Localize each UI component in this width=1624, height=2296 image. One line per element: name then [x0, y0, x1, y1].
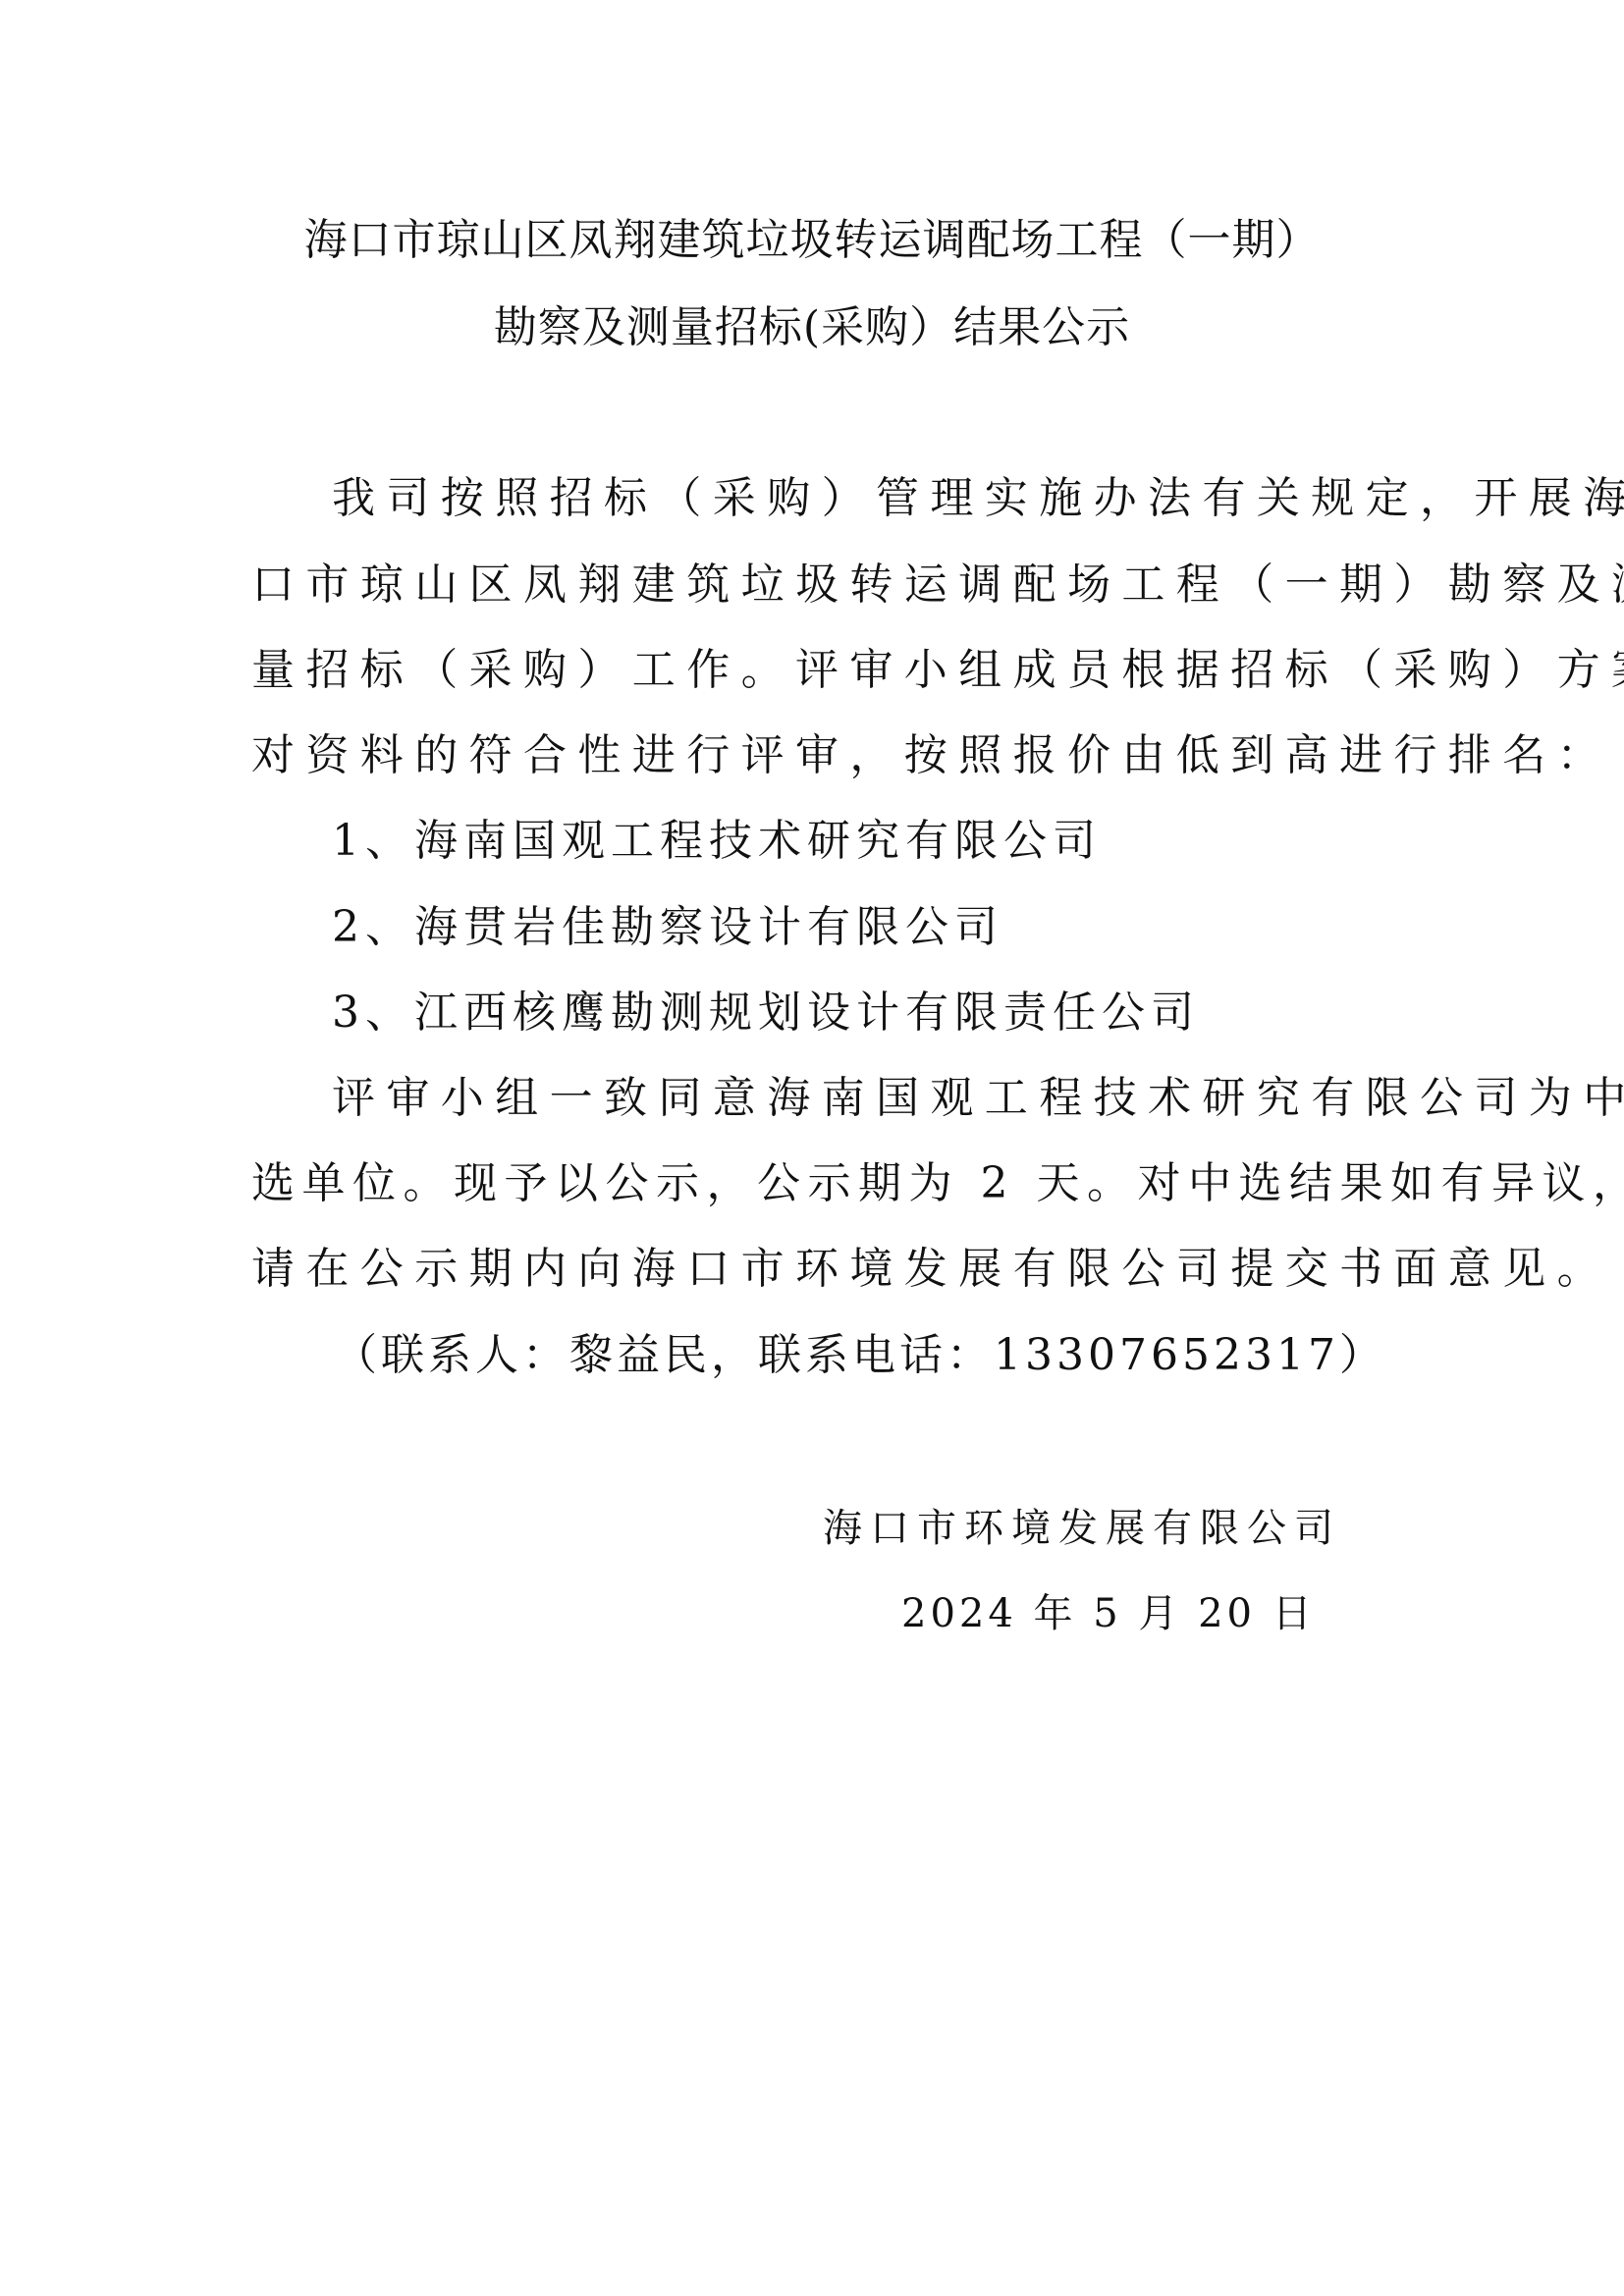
paragraph1-line: 口市琼山区凤翔建筑垃圾转运调配场工程（一期）勘察及测	[251, 556, 1390, 614]
ranking-item: 1、海南国观工程技术研究有限公司	[332, 812, 1471, 871]
document-title-line1: 海口市琼山区凤翔建筑垃圾转运调配场工程（一期）	[0, 211, 1624, 270]
paragraph2-line: 评审小组一致同意海南国观工程技术研究有限公司为中	[332, 1069, 1471, 1128]
paragraph2-line: 选单位。现予以公示，公示期为 2 天。对中选结果如有异议，	[251, 1154, 1390, 1213]
paragraph1-line: 对资料的符合性进行评审，按照报价由低到高进行排名：	[251, 726, 1390, 785]
document-title-line2: 勘察及测量招标(采购）结果公示	[0, 298, 1624, 357]
ranking-item: 3、江西核鹰勘测规划设计有限责任公司	[332, 984, 1471, 1042]
contact-info: （联系人：黎益民，联系电话：13307652317）	[334, 1326, 1473, 1385]
signature-company: 海口市环境发展有限公司	[823, 1501, 1341, 1556]
paragraph1-line: 我司按照招标（采购）管理实施办法有关规定，开展海	[332, 469, 1471, 528]
signature-date: 2024 年 5 月 20 日	[901, 1586, 1316, 1641]
paragraph2-line: 请在公示期内向海口市环境发展有限公司提交书面意见。	[251, 1240, 1390, 1299]
ranking-item: 2、海贯岩佳勘察设计有限公司	[332, 898, 1471, 957]
paragraph1-line: 量招标（采购）工作。评审小组成员根据招标（采购）方案	[251, 641, 1390, 700]
